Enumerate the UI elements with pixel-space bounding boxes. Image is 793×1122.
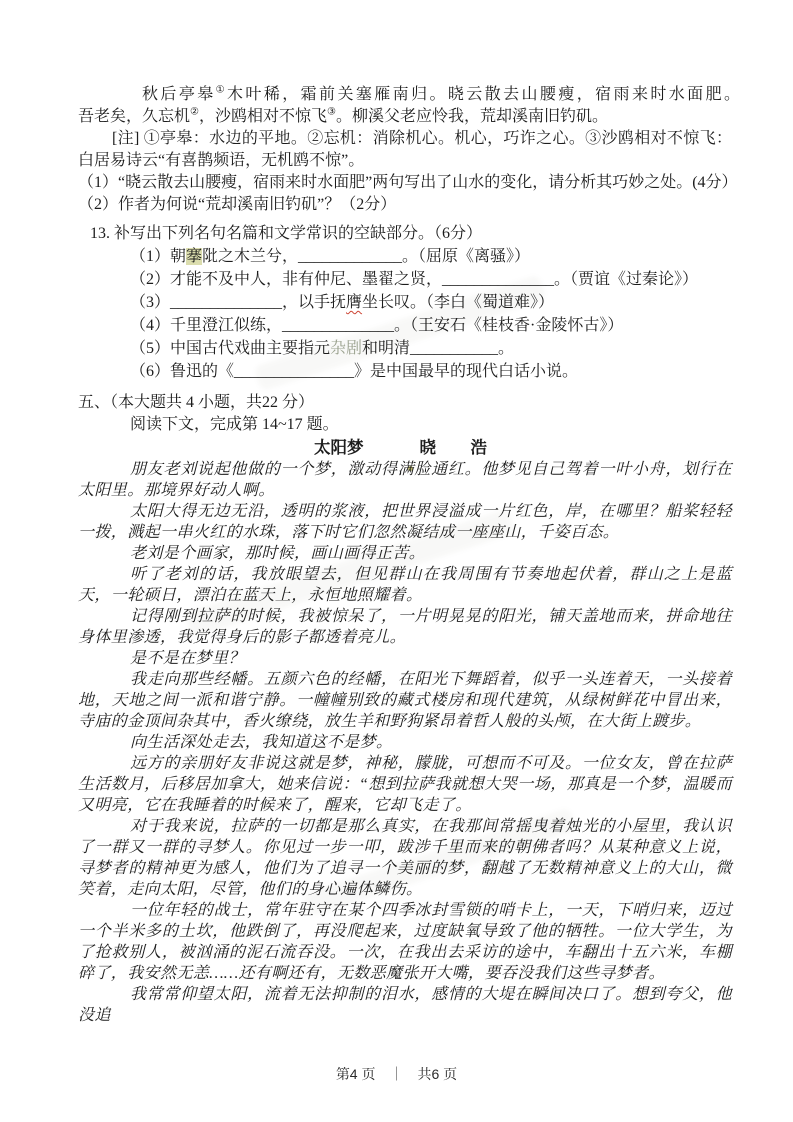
section-5-instruction: 阅读下文，完成第 14~17 题。 bbox=[78, 414, 732, 436]
text-segment: 膺 bbox=[346, 294, 362, 311]
section-5-heading: 五、（本大题共 4 小题，共22 分） bbox=[78, 392, 732, 414]
text-segment: 。 bbox=[498, 340, 514, 357]
footer-separator: ｜ bbox=[390, 1066, 404, 1082]
text-segment bbox=[732, 86, 793, 103]
text-segment: 吾老矣，久忘机 bbox=[78, 108, 190, 125]
question-13-number: 13. bbox=[90, 225, 110, 242]
question-13-intro: 补写出下列名句名篇和文学常识的空缺部分。（6分） bbox=[114, 225, 482, 242]
reading-title-line: 太阳梦晓 浩 bbox=[78, 437, 732, 459]
answer-blank: ______________ bbox=[282, 317, 394, 334]
passage-paragraph: 朋友老刘说起他做的一个梦，激动得满脸通红。他梦见自己驾着一叶小舟，划行在太阳里。… bbox=[78, 459, 732, 501]
passage-paragraph: 我常常仰望太阳，流着无法抑制的泪水，感情的大堤在瞬间决口了。想到夸父，他没追 bbox=[78, 984, 732, 1026]
text-segment: 。（王安石《桂枝香·金陵怀古》） bbox=[394, 317, 623, 334]
passage-paragraph: 向生活深处走去，我知道这不是梦。 bbox=[78, 732, 732, 753]
passage-paragraph: 听了老刘的话，我放眼望去，但见群山在我周围有节奏地起伏着，群山之上是蓝天，一轮硕… bbox=[78, 564, 732, 606]
answer-blank: _______________ bbox=[234, 363, 354, 380]
answer-blank: ______________ bbox=[170, 294, 282, 311]
text-segment: ，沙鸥相对不惊飞 bbox=[199, 108, 327, 125]
reading-passage: 朋友老刘说起他做的一个梦，激动得满脸通红。他梦见自己驾着一叶小舟，划行在太阳里。… bbox=[78, 459, 732, 1026]
footer-page-number: 第4 页 bbox=[336, 1066, 376, 1082]
passage-paragraph: 老刘是个画家，那时候，画山画得正苦。 bbox=[78, 543, 732, 564]
text-segment: （2）才能不及中人，非有仲尼、墨翟之贤， bbox=[130, 271, 442, 288]
reading-title: 太阳梦 bbox=[314, 439, 364, 457]
text-segment: （1）朝 bbox=[130, 248, 186, 265]
page-footer: 第4 页｜共6 页 bbox=[0, 1064, 793, 1084]
text-segment: 坐长叹。（李白《蜀道难》） bbox=[362, 294, 554, 311]
passage-paragraph: 对于我来说，拉萨的一切都是那么真实，在我那间常摇曳着烛光的小屋里，我认识了一群又… bbox=[78, 816, 732, 900]
passage-paragraph: 记得刚到拉萨的时候，我被惊呆了，一片明晃晃的阳光，铺天盖地而来，拼命地往身体里渗… bbox=[78, 606, 732, 648]
text-segment: （3） bbox=[130, 294, 170, 311]
text-segment: （4）千里澄江似练， bbox=[130, 317, 282, 334]
text-segment: 秋后亭皋 bbox=[142, 86, 216, 103]
note-superscript: ② bbox=[190, 107, 199, 118]
text-segment: 。柳溪父老应怜我，荒却溪南旧钓矶。 bbox=[336, 108, 608, 125]
reading-author: 晓 浩 bbox=[420, 439, 497, 457]
passage-paragraph: 一位年轻的战士，常年驻守在某个四季冰封雪锁的哨卡上，一天，下哨归来，迈过一个半米… bbox=[78, 900, 732, 984]
text-segment: 。（屈原《离骚》） bbox=[402, 248, 530, 265]
answer-blank: _____________ bbox=[298, 248, 402, 265]
fill-in-blank-item: （1）朝搴阰之木兰兮，_____________。（屈原《离骚》） bbox=[130, 245, 732, 268]
passage-paragraph: 远方的亲朋好友非说这就是梦，神秘，朦胧，可想而不可及。一位女友，曾在拉萨生活数月… bbox=[78, 753, 732, 816]
text-segment: （6）鲁迅的《 bbox=[130, 363, 234, 380]
page-content: 秋后亭皋①木叶稀，霜前关塞雁南归。晓云散去山腰瘦，宿雨来时水面肥。 吾老矣，久忘… bbox=[78, 84, 732, 1026]
poem-question: （2）作者为何说“荒却溪南旧钓矶”？（2分） bbox=[78, 194, 732, 216]
passage-paragraph: 我走向那些经幡。五颜六色的经幡，在阳光下舞蹈着，似乎一头连着天，一头接着地，天地… bbox=[78, 669, 732, 732]
fill-in-blank-item: （5）中国古代戏曲主要指元杂剧和明清___________。 bbox=[130, 337, 732, 360]
note-superscript: ① bbox=[216, 85, 227, 96]
text-segment: ，以手抚 bbox=[282, 294, 346, 311]
text-segment: 阰之木兰兮， bbox=[202, 248, 298, 265]
poem-text: 秋后亭皋①木叶稀，霜前关塞雁南归。晓云散去山腰瘦，宿雨来时水面肥。 吾老矣，久忘… bbox=[78, 84, 732, 128]
exam-page: 秋后亭皋①木叶稀，霜前关塞雁南归。晓云散去山腰瘦，宿雨来时水面肥。 吾老矣，久忘… bbox=[0, 0, 793, 1122]
fill-in-blank-item: （2）才能不及中人，非有仲尼、墨翟之贤，______________。（贾谊《过… bbox=[130, 268, 732, 291]
fill-in-blank-item: （6）鲁迅的《_______________》是中国最早的现代白话小说。 bbox=[130, 360, 732, 383]
text-segment: 搴 bbox=[186, 248, 202, 265]
text-segment: 木叶稀，霜前关塞雁南归。晓云散去山腰瘦，宿雨来时水面肥。 bbox=[227, 86, 732, 103]
text-segment: 。（贾谊《过秦论》） bbox=[554, 271, 698, 288]
passage-paragraph: 太阳大得无边无沿，透明的浆液，把世界浸溢成一片红色，岸，在哪里？船桨轻轻一拨，溅… bbox=[78, 501, 732, 543]
fill-in-blank-item: （3）______________，以手抚膺坐长叹。（李白《蜀道难》） bbox=[130, 291, 732, 314]
text-segment: （5）中国古代戏曲主要指元 bbox=[130, 340, 330, 357]
passage-paragraph: 是不是在梦里？ bbox=[78, 648, 732, 669]
text-segment: 和明清 bbox=[362, 340, 410, 357]
answer-blank: ______________ bbox=[442, 271, 554, 288]
question-13-heading: 13. 补写出下列名句名篇和文学常识的空缺部分。（6分） bbox=[90, 223, 732, 245]
answer-blank: ___________ bbox=[410, 340, 498, 357]
poem-question: （1）“晓云散去山腰瘦，宿雨来时水面肥”两句写出了山水的变化，请分析其巧妙之处。… bbox=[78, 172, 732, 194]
footer-total-pages: 共6 页 bbox=[418, 1066, 458, 1082]
poem-questions: （1）“晓云散去山腰瘦，宿雨来时水面肥”两句写出了山水的变化，请分析其巧妙之处。… bbox=[78, 172, 732, 216]
text-segment: 杂剧 bbox=[330, 340, 362, 357]
note-superscript: ③ bbox=[327, 107, 336, 118]
question-13-items: （1）朝搴阰之木兰兮，_____________。（屈原《离骚》）（2）才能不及… bbox=[130, 245, 732, 383]
poem-note: [注] ①亭皋：水边的平地。②忘机：消除机心。机心，巧诈之心。③沙鸥相对不惊飞：… bbox=[78, 128, 732, 172]
text-segment: 》是中国最早的现代白话小说。 bbox=[354, 363, 578, 380]
fill-in-blank-item: （4）千里澄江似练，______________。（王安石《桂枝香·金陵怀古》） bbox=[130, 314, 732, 337]
